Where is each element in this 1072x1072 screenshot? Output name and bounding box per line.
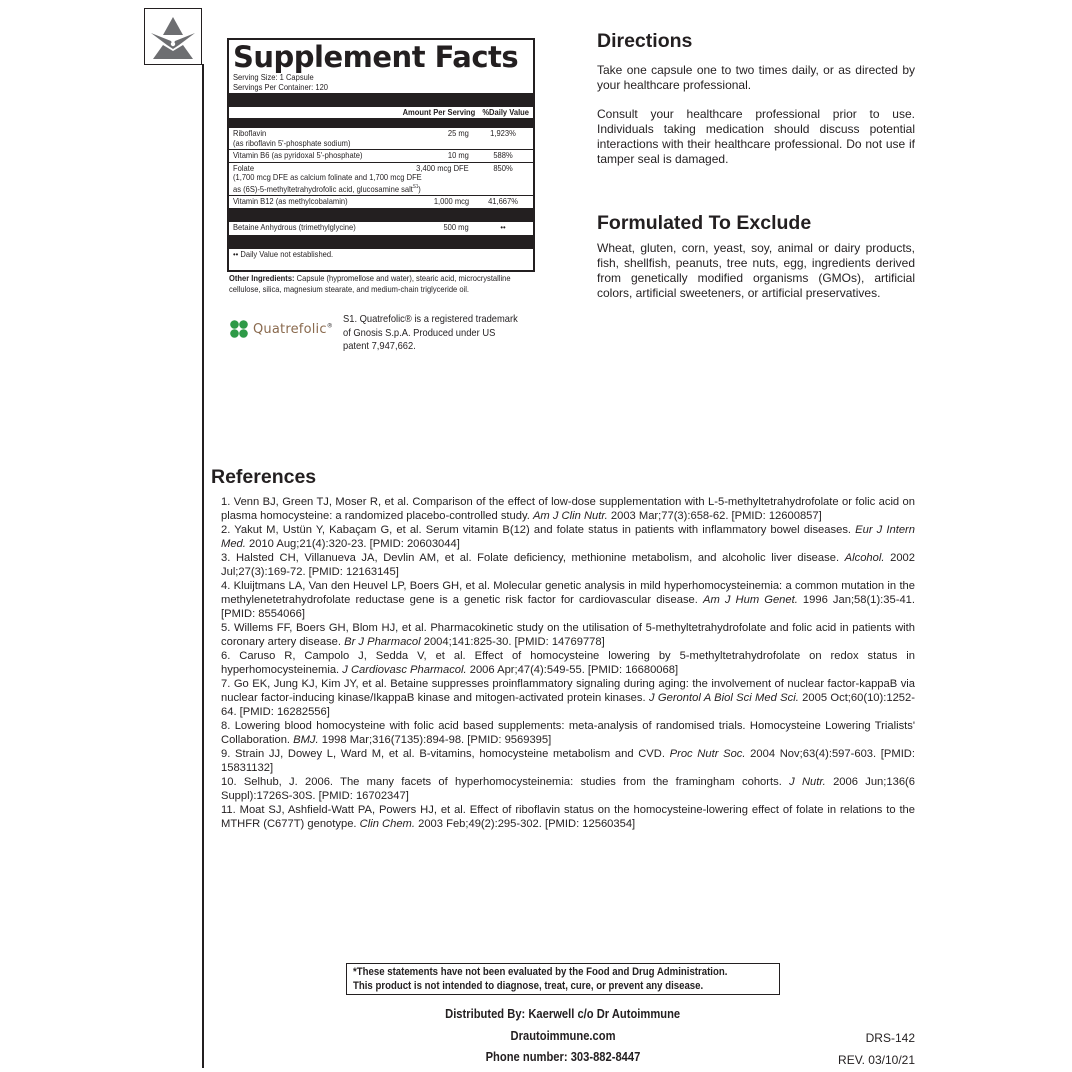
nutrient-row: Betaine Anhydrous (trimethylglycine) 500… [229,222,533,234]
website-line: Drautoimmune.com [346,1028,780,1043]
quatrefolic-wordmark: Quatrefolic® [253,322,333,337]
reference-item: 7. Go EK, Jung KJ, Kim JY, et al. Betain… [221,677,915,719]
registered-mark: ® [327,322,333,329]
product-code: DRS-142 [866,1031,915,1045]
warning-text: Consult your healthcare professional pri… [597,107,915,167]
col-dv-header: %Daily Value [482,107,529,117]
divider-bar [229,208,533,222]
reference-journal: Alcohol. [845,552,885,564]
reference-item: 8. Lowering blood homocysteine with foli… [221,719,915,747]
supplement-facts-panel: Supplement Facts Serving Size: 1 Capsule… [227,38,535,272]
distributor-line: Distributed By: Kaerwell c/o Dr Autoimmu… [346,1006,780,1021]
exclude-text: Wheat, gluten, corn, yeast, soy, animal … [597,241,915,301]
references-heading: References [211,466,316,489]
disclaimer-line-2: This product is not intended to diagnose… [353,979,714,993]
references-list: 1. Venn BJ, Green TJ, Moser R, et al. Co… [221,495,915,831]
reference-item: 9. Strain JJ, Dowey L, Ward M, et al. B-… [221,747,915,775]
quatrefolic-logo: Quatrefolic® [228,318,333,340]
reference-journal: Am J Clin Nutr. [533,510,608,522]
reference-item: 2. Yakut M, Ustün Y, Kabaçam G, et al. S… [221,523,915,551]
nutrient-amount: 500 mg [444,223,469,233]
nutrient-source-cont: as (6S)-5-methyltetrahydrofolic acid, gl… [233,183,493,194]
nutrient-amount: 1,000 mcg [434,197,469,207]
nutrient-dv: 41,667% [481,197,525,207]
reference-journal: BMJ. [293,734,318,746]
dv-footnote: •• Daily Value not established. [233,249,493,259]
reference-item: 3. Halsted CH, Villanueva JA, Devlin AM,… [221,551,915,579]
vertical-rule [202,64,204,1068]
reference-journal: J Gerontol A Biol Sci Med Sci. [649,692,799,704]
nutrient-row: Vitamin B12 (as methylcobalamin) 1,000 m… [229,196,533,208]
mountain-emblem-icon [149,15,197,59]
revision-date: REV. 03/10/21 [838,1053,915,1067]
phone-line: Phone number: 303-882-8447 [346,1049,780,1064]
distributor-text: Distributed By: Kaerwell c/o Dr Autoimmu… [445,1006,680,1021]
nutrient-source-text: as (6S)-5-methyltetrahydrofolic acid, gl… [233,183,413,193]
fda-disclaimer: *These statements have not been evaluate… [346,963,780,995]
nutrient-dv: 588% [481,151,525,161]
nutrient-source: (1,700 mcg DFE as calcium folinate and 1… [233,173,493,183]
brand-logo [144,8,202,65]
reference-item: 1. Venn BJ, Green TJ, Moser R, et al. Co… [221,495,915,523]
reference-item: 6. Caruso R, Campolo J, Sedda V, et al. … [221,649,915,677]
reference-journal: Clin Chem. [360,818,415,830]
reference-citation: 1998 Mar;316(7135):894-98. [PMID: 956939… [319,734,552,746]
nutrient-amount: 25 mg [448,129,469,139]
reference-citation: 2003 Feb;49(2):295-302. [PMID: 12560354] [415,818,635,830]
other-ingredients-label: Other Ingredients: [229,273,295,283]
phone-text: Phone number: 303-882-8447 [486,1049,641,1064]
reference-journal: Am J Hum Genet. [703,594,798,606]
directions-text: Take one capsule one to two times daily,… [597,63,915,93]
footnote-marker: S1 [413,184,418,190]
nutrient-source: (as riboflavin 5'-phosphate sodium) [233,139,493,149]
nutrient-dv: 850% [481,164,525,174]
divider-bar [229,93,533,107]
reference-text: 10. Selhub, J. 2006. The many facets of … [221,776,789,788]
clover-icon [228,318,250,340]
reference-journal: J Cardiovasc Pharmacol. [342,664,466,676]
reference-text: 9. Strain JJ, Dowey L, Ward M, et al. B-… [221,748,670,760]
col-amount-header: Amount Per Serving [403,107,476,117]
reference-citation: 2010 Aug;21(4):320-23. [PMID: 20603044] [246,538,460,550]
reference-citation: 2006 Apr;47(4):549-55. [PMID: 16680068] [467,664,678,676]
exclude-heading: Formulated To Exclude [597,212,811,235]
nutrient-amount: 10 mg [448,151,469,161]
reference-item: 5. Willems FF, Boers GH, Blom HJ, et al.… [221,621,915,649]
divider-bar [229,118,533,128]
reference-item: 10. Selhub, J. 2006. The many facets of … [221,775,915,803]
reference-journal: Br J Pharmacol [344,636,420,648]
nutrient-amount: 3,400 mcg DFE [416,164,469,174]
nutrient-dv: •• [481,223,525,233]
reference-citation: 2003 Mar;77(3):658-62. [PMID: 12600857] [608,510,822,522]
divider-bar [229,235,533,249]
quatrefolic-name: Quatrefolic [253,322,327,337]
other-ingredients: Other Ingredients: Capsule (hypromellose… [229,273,519,294]
nutrient-row: Riboflavin (as riboflavin 5'-phosphate s… [229,128,533,150]
disclaimer-line-1: *These statements have not been evaluate… [353,965,714,979]
nutrient-dv: 1,923% [481,129,525,139]
reference-journal: J Nutr. [789,776,826,788]
nutrient-row: Vitamin B6 (as pyridoxal 5'-phosphate) 1… [229,150,533,163]
reference-item: 4. Kluijtmans LA, Van den Heuvel LP, Boe… [221,579,915,621]
nutrient-row: Folate (1,700 mcg DFE as calcium folinat… [229,163,533,196]
reference-text: 3. Halsted CH, Villanueva JA, Devlin AM,… [221,552,845,564]
reference-journal: Proc Nutr Soc. [670,748,746,760]
column-headers: Amount Per Serving %Daily Value [269,107,529,117]
reference-item: 11. Moat SJ, Ashfield-Watt PA, Powers HJ… [221,803,915,831]
reference-text: 2. Yakut M, Ustün Y, Kabaçam G, et al. S… [221,524,855,536]
website-text: Drautoimmune.com [510,1028,615,1043]
quatrefolic-note: S1. Quatrefolic® is a registered tradema… [343,313,523,354]
reference-citation: 2004;141:825-30. [PMID: 14769778] [421,636,605,648]
supplement-facts-title: Supplement Facts [233,41,529,73]
directions-heading: Directions [597,30,692,53]
servings-per-container: Servings Per Container: 120 [233,83,493,93]
